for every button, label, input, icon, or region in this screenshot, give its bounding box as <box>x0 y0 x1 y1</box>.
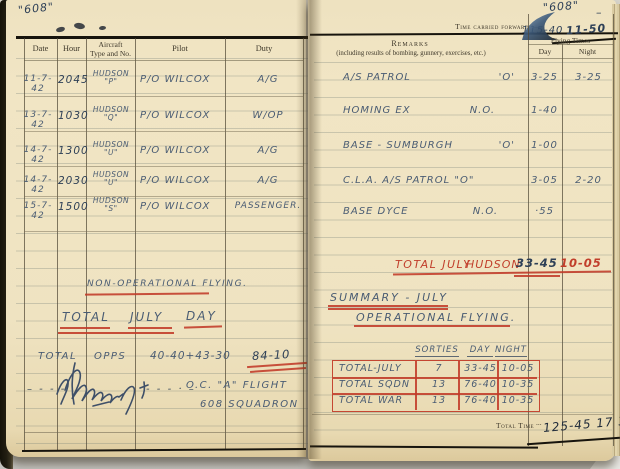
pilot-cell: P/O WILCOX <box>140 175 210 186</box>
aircraft-cell: HUDSON"U" <box>87 171 135 187</box>
duty-cell: A/G <box>227 74 309 85</box>
red-underline <box>514 275 560 277</box>
summary-sorties: 13 <box>418 395 460 406</box>
total-july-label: TOTAL JULY <box>395 258 471 271</box>
pen-dash: – <box>596 6 603 19</box>
left-header-underline <box>24 60 303 61</box>
aircraft-cell: HUDSON"S" <box>87 197 135 213</box>
left-table-top-border <box>16 36 308 39</box>
col-header-duty: Duty <box>225 44 303 53</box>
summary-sorties: 13 <box>418 379 460 390</box>
blue-underline <box>467 356 493 357</box>
summary-label: TOTAL SQDN <box>339 379 410 390</box>
blue-underline <box>415 356 459 357</box>
day-header: Day <box>528 47 562 56</box>
footer-line <box>312 414 614 415</box>
remarks-row: HOMING EXN.O. 1-40 <box>343 105 614 129</box>
summary-day: 76-40 <box>462 395 499 406</box>
total-time-dots: ... <box>536 418 542 427</box>
remarks-cell: BASE - SUMBURGH'O' <box>343 140 515 151</box>
total-time-label: Total Time <box>496 421 534 430</box>
red-underline <box>328 308 448 310</box>
hour-cell: 2045 <box>58 74 85 86</box>
row-line <box>24 432 303 433</box>
opps-grand-total: 84-10 <box>252 347 291 363</box>
aircraft-cell: HUDSON"Q" <box>87 106 135 122</box>
summary-night: 10-35 <box>501 395 535 406</box>
night-header: Night <box>562 47 613 56</box>
summary-col-header: SORTIES <box>415 345 459 355</box>
remarks-row: BASE - SUMBURGH'O' 1-00 <box>343 140 614 164</box>
remarks-row: BASE DYCEN.O. ·55 <box>343 206 614 230</box>
remarks-cell: C.L.A. A/S PATROL "O" <box>343 175 515 186</box>
log-row: 14-7-42 1300 HUDSON"U" P/O WILCOX A/G <box>24 145 310 175</box>
remarks-row: C.L.A. A/S PATROL "O" 3-05 2-20 <box>343 175 614 199</box>
summary-row: TOTAL SQDN 13 76-40 10-35 <box>334 379 536 394</box>
day-cell: 1-40 <box>528 105 561 116</box>
summary-label: TOTAL-JULY <box>339 363 402 374</box>
red-underline <box>58 332 174 334</box>
flying-times-line <box>528 58 613 59</box>
summary-night: 10-05 <box>501 363 535 374</box>
aircraft-cell: HUDSON"U" <box>87 141 135 157</box>
summary-day: 33-45 <box>462 363 499 374</box>
night-cell: 3-25 <box>565 72 612 83</box>
duty-cell: A/G <box>227 175 309 186</box>
duty-cell: PASSENGER. <box>225 201 311 211</box>
day-cell: ·55 <box>528 206 561 217</box>
total-word: JULY <box>130 310 163 324</box>
summary-day: 76-40 <box>462 379 499 390</box>
hour-cell: 2030 <box>58 175 85 187</box>
remarks-cell: A/S PATROL'O' <box>343 72 515 83</box>
remarks-subheader: (including results of bombing, gunnery, … <box>313 50 509 57</box>
flying-times-header: Flying Times <box>528 36 613 45</box>
col-header-pilot: Pilot <box>135 44 225 53</box>
summary-row: TOTAL WAR 13 76-40 10-35 <box>334 395 536 410</box>
remarks-cell: HOMING EXN.O. <box>343 105 495 116</box>
non-operational-heading: NON-OPERATIONAL FLYING. <box>87 279 248 289</box>
total-july-aircraft: HUDSON <box>466 258 521 271</box>
officer-commanding-line: O.C. "A" FLIGHT <box>186 380 287 391</box>
log-row: 15-7-42 1500 HUDSON"S" P/O WILCOX PASSEN… <box>24 201 310 231</box>
date-cell: 11-7-42 <box>19 74 57 94</box>
col-header-hour: Hour <box>57 44 86 53</box>
hour-cell: 1500 <box>58 201 85 213</box>
logbook-photo: "608" Date Hour Aircraft Type and No. Pi… <box>0 0 620 469</box>
day-cell: 3-25 <box>528 72 561 83</box>
pilot-cell: P/O WILCOX <box>140 74 210 85</box>
remarks-cell: BASE DYCEN.O. <box>343 206 498 217</box>
pilot-cell: P/O WILCOX <box>140 110 210 121</box>
total-word: DAY <box>186 309 217 323</box>
squadron-line: 608 SQUADRON <box>200 399 299 410</box>
red-underline <box>328 305 448 307</box>
summary-row: TOTAL-JULY 7 33-45 10-05 <box>334 363 536 378</box>
total-july-night: 10-05 <box>560 256 602 270</box>
summary-heading: SUMMARY - JULY <box>330 291 448 304</box>
col-header-aircraft: Aircraft Type and No. <box>86 40 135 58</box>
date-cell: 14-7-42 <box>19 145 57 165</box>
hour-cell: 1300 <box>58 145 85 157</box>
row-line <box>24 231 303 232</box>
summary-label: TOTAL WAR <box>339 395 403 406</box>
col-header-date: Date <box>24 44 57 53</box>
summary-subheading: OPERATIONAL FLYING. <box>356 311 516 324</box>
log-row: 11-7-42 2045 HUDSON"P" P/O WILCOX A/G <box>24 74 310 104</box>
red-underline <box>354 325 510 327</box>
date-cell: 15-7-42 <box>19 201 57 221</box>
summary-col-header: DAY <box>466 345 494 355</box>
day-cell: 3-05 <box>528 175 561 186</box>
night-cell: 2-20 <box>565 175 612 186</box>
summary-night: 10-35 <box>501 379 535 390</box>
duty-cell: W/OP <box>227 110 309 121</box>
duty-cell: A/G <box>227 145 309 156</box>
pilot-cell: P/O WILCOX <box>140 201 210 212</box>
pilot-cell: P/O WILCOX <box>140 145 210 156</box>
hour-cell: 1030 <box>58 110 85 122</box>
red-underline <box>60 327 110 329</box>
date-cell: 14-7-42 <box>19 175 57 195</box>
aircraft-cell: HUDSON"P" <box>87 70 135 86</box>
log-row: 13-7-42 1030 HUDSON"Q" P/O WILCOX W/OP <box>24 110 310 140</box>
summary-sorties: 7 <box>418 363 460 374</box>
red-underline <box>128 327 172 329</box>
day-cell: 1-00 <box>528 140 561 151</box>
remarks-row: A/S PATROL'O' 3-25 3-25 <box>343 72 614 96</box>
summary-col-header: NIGHT <box>494 345 528 355</box>
blue-underline <box>495 356 527 357</box>
remarks-header: Remarks <box>330 39 490 48</box>
date-cell: 13-7-42 <box>19 110 57 130</box>
total-july-day: 33-45 <box>516 256 558 270</box>
total-word: TOTAL <box>62 310 110 324</box>
